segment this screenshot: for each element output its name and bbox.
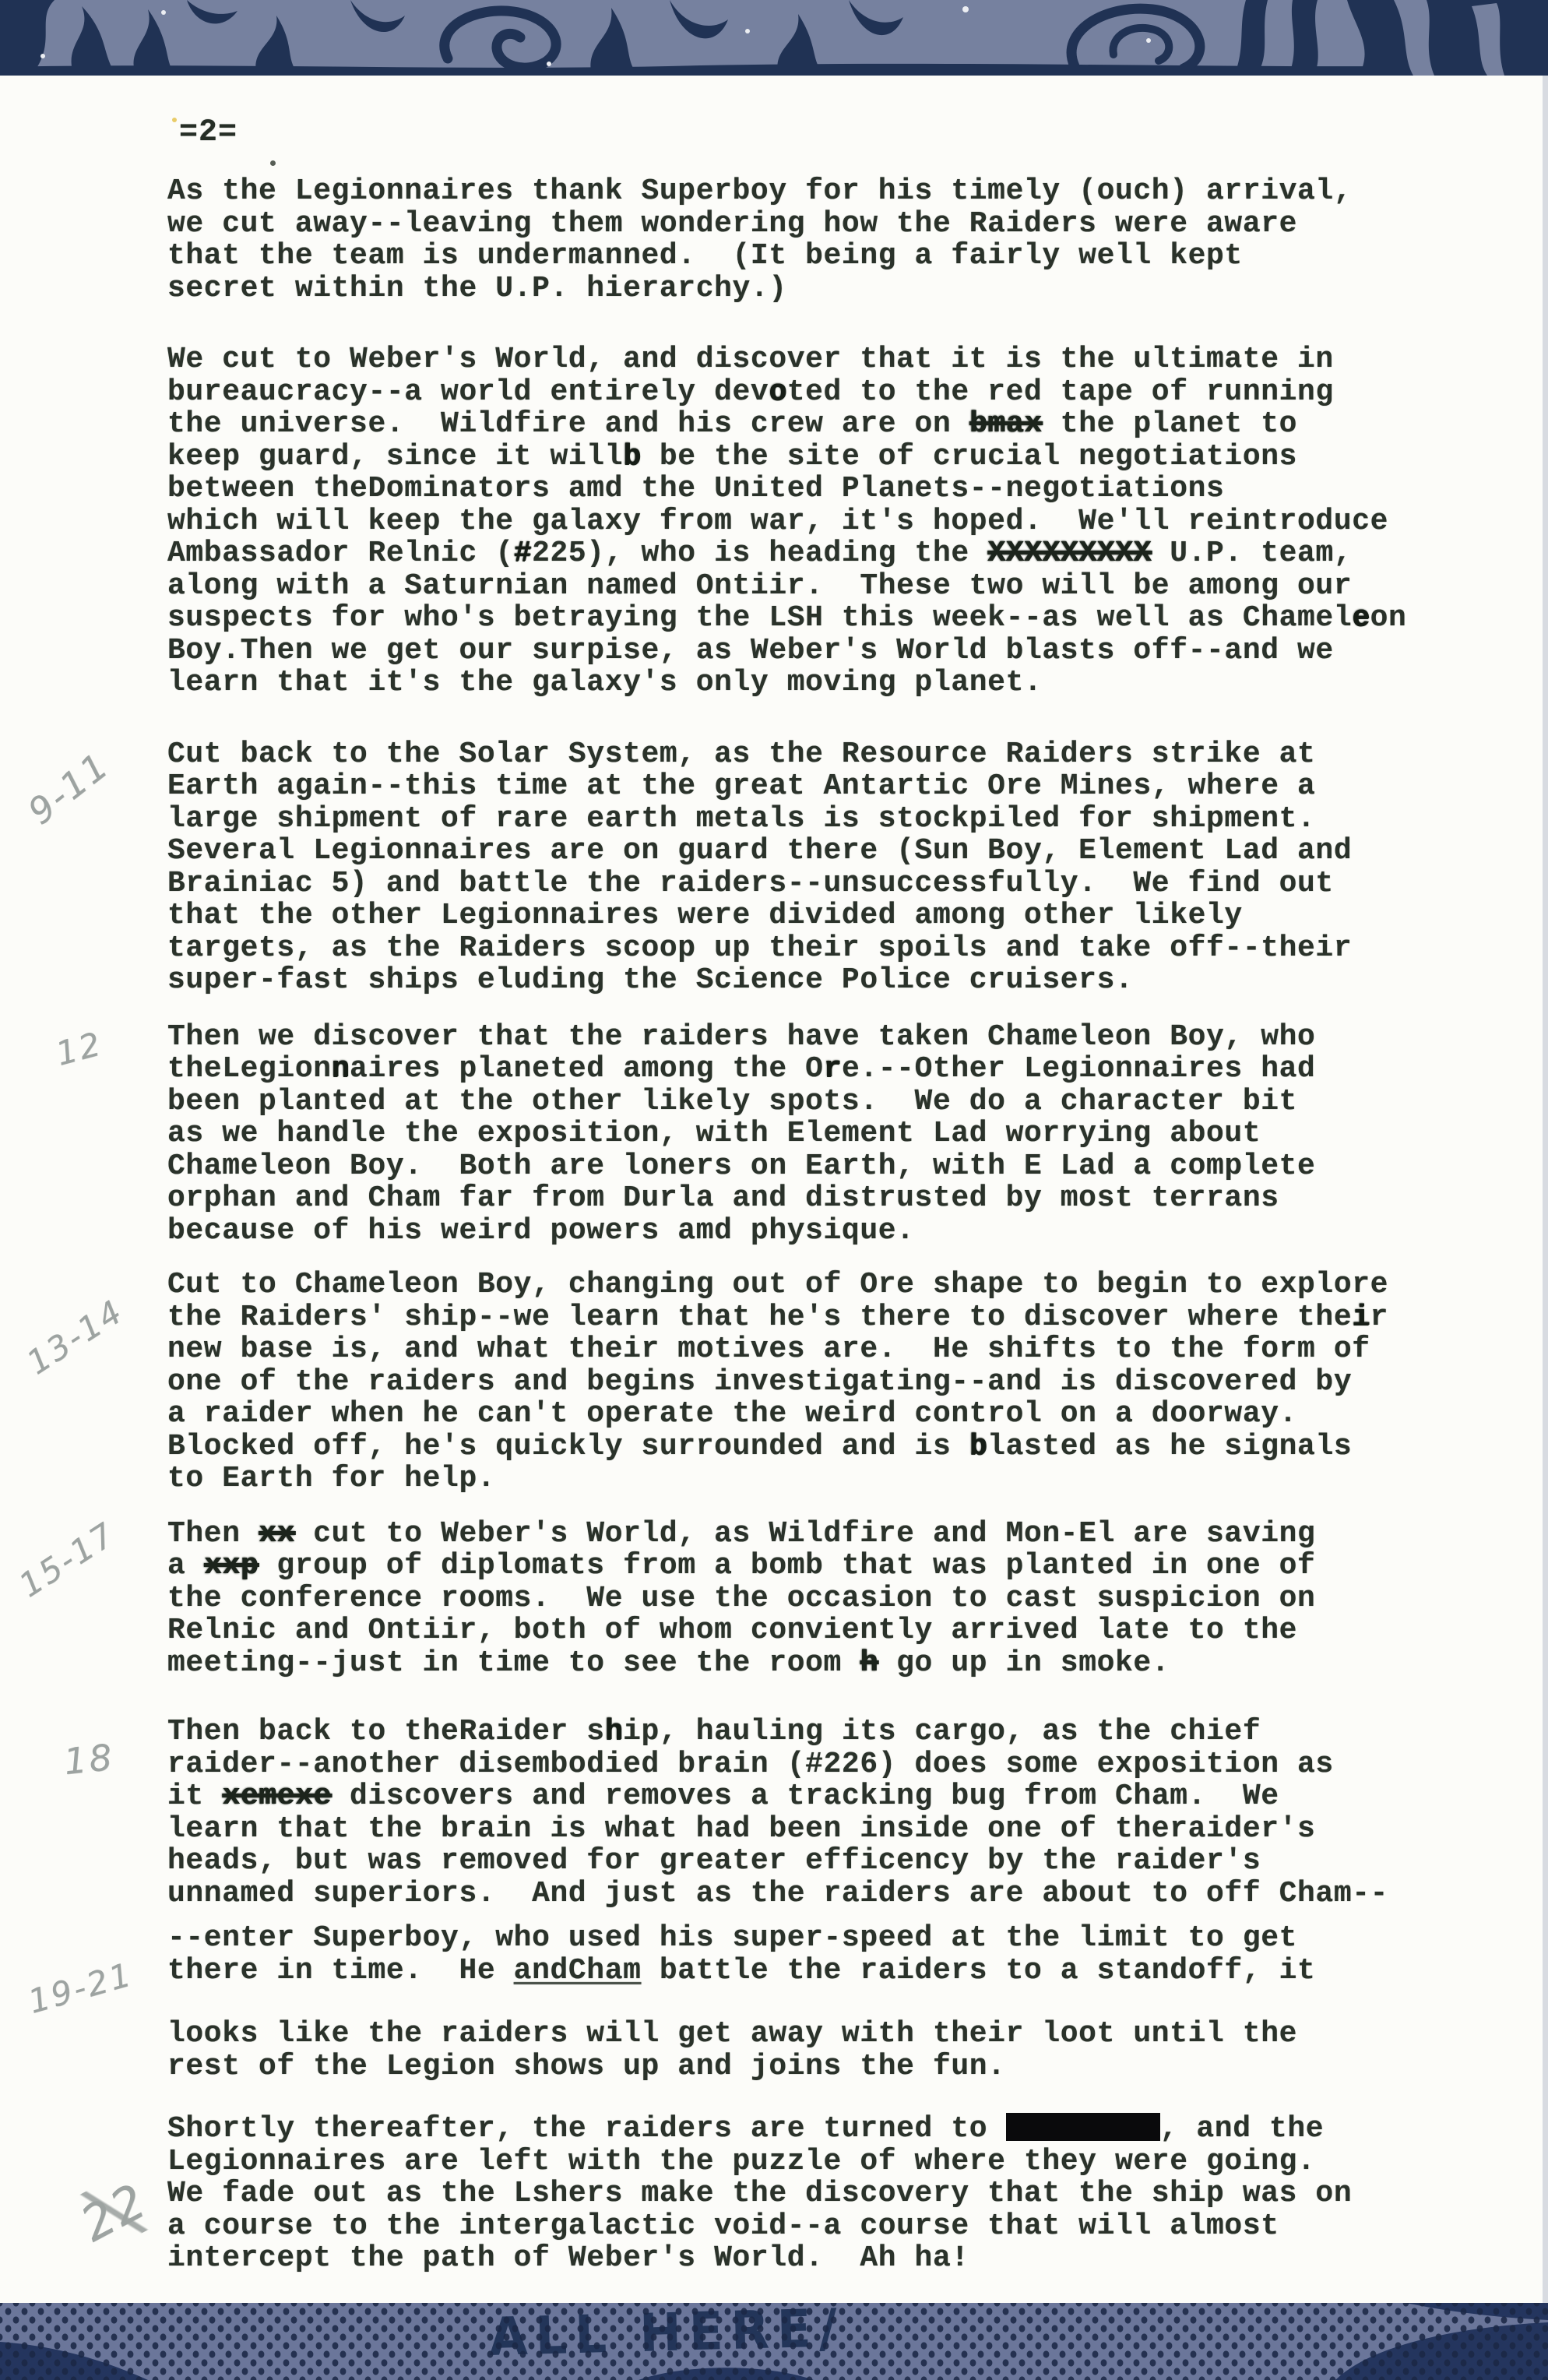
redaction-bar — [1006, 2113, 1160, 2141]
script-paragraph: Then xx cut to Weber's World, as Wildfir… — [167, 1518, 1507, 1680]
margin-note: 22 — [65, 2166, 164, 2259]
overstruck-char: e — [1352, 601, 1370, 635]
text-run: Cut back to the Solar System, as the Res… — [167, 738, 1352, 998]
text-run: aires planeted among the O — [350, 1052, 824, 1086]
bottom-border-art: ALL HERE/ — [0, 2303, 1548, 2380]
swirl-art — [0, 0, 1548, 76]
paper-speck — [172, 118, 177, 122]
script-paragraph: Cut to Chameleon Boy, changing out of Or… — [167, 1269, 1507, 1495]
script-paragraph: As the Legionnaires thank Superboy for h… — [167, 175, 1507, 305]
scan-edge-line — [1543, 76, 1548, 2303]
text-run: Cut to Chameleon Boy, changing out of Or… — [167, 1268, 1388, 1334]
margin-note: 18 — [62, 1736, 116, 1783]
script-body: As the Legionnaires thank Superboy for h… — [167, 175, 1507, 2275]
text-run: Then back to theRaider s — [167, 1715, 605, 1748]
text-run: Shortly thereafter, the raiders are turn… — [167, 2112, 1006, 2146]
text-run: go up in smoke. — [878, 1646, 1170, 1680]
top-border-art — [0, 0, 1548, 76]
page-number-header: =2= — [179, 115, 237, 150]
overstruck-char: h — [605, 1715, 623, 1748]
halftone-dots — [0, 2303, 1548, 2380]
struck-text: bmax — [969, 407, 1043, 441]
margin-note: 13-14 — [20, 1292, 131, 1382]
ink-dot — [270, 160, 276, 166]
text-run: discovers and removes a tracking bug fro… — [167, 1780, 1388, 1910]
text-run: As the Legionnaires thank Superboy for h… — [167, 174, 1352, 305]
overstruck-char: r — [824, 1052, 842, 1086]
overstruck-char: # — [514, 537, 532, 570]
struck-text: xxp — [204, 1549, 259, 1583]
scanned-script-page: =2= As the Legionnaires thank Superboy f… — [0, 0, 1548, 2380]
margin-note: 9-11 — [20, 744, 118, 833]
text-run: looks like the raiders will get away wit… — [167, 2017, 1297, 2083]
underlined-text: andCham — [514, 1954, 642, 1987]
script-paragraph: Cut back to the Solar System, as the Res… — [167, 738, 1507, 997]
script-paragraph: We cut to Weber's World, and discover th… — [167, 343, 1507, 699]
overstruck-char: o — [769, 375, 786, 409]
text-run: 225), who is heading the — [532, 537, 987, 570]
struck-text: xemexe — [222, 1780, 331, 1813]
struck-text: h — [860, 1646, 878, 1680]
script-paragraph: looks like the raiders will get away wit… — [167, 2018, 1507, 2082]
margin-note: 19-21 — [24, 1955, 137, 2021]
overstruck-char: n — [332, 1052, 350, 1086]
overstruck-char: b — [623, 440, 641, 474]
overstruck-char: i — [1352, 1301, 1370, 1334]
script-paragraph: --enter Superboy, who used his super-spe… — [167, 1922, 1507, 1987]
script-paragraph: Then we discover that the raiders have t… — [167, 1021, 1507, 1248]
struck-text: XXXXXXXXX — [987, 537, 1152, 570]
margin-note: 15-17 — [12, 1515, 123, 1605]
text-run: Then — [167, 1517, 259, 1551]
overstruck-char: b — [969, 1430, 987, 1463]
struck-text: xx — [259, 1517, 295, 1551]
script-paragraph: Then back to theRaider ship, hauling its… — [167, 1716, 1507, 1910]
script-paragraph: Shortly thereafter, the raiders are turn… — [167, 2113, 1507, 2275]
text-run: battle the raiders to a standoff, it — [642, 1954, 1316, 1987]
margin-note: 12 — [52, 1024, 107, 1073]
